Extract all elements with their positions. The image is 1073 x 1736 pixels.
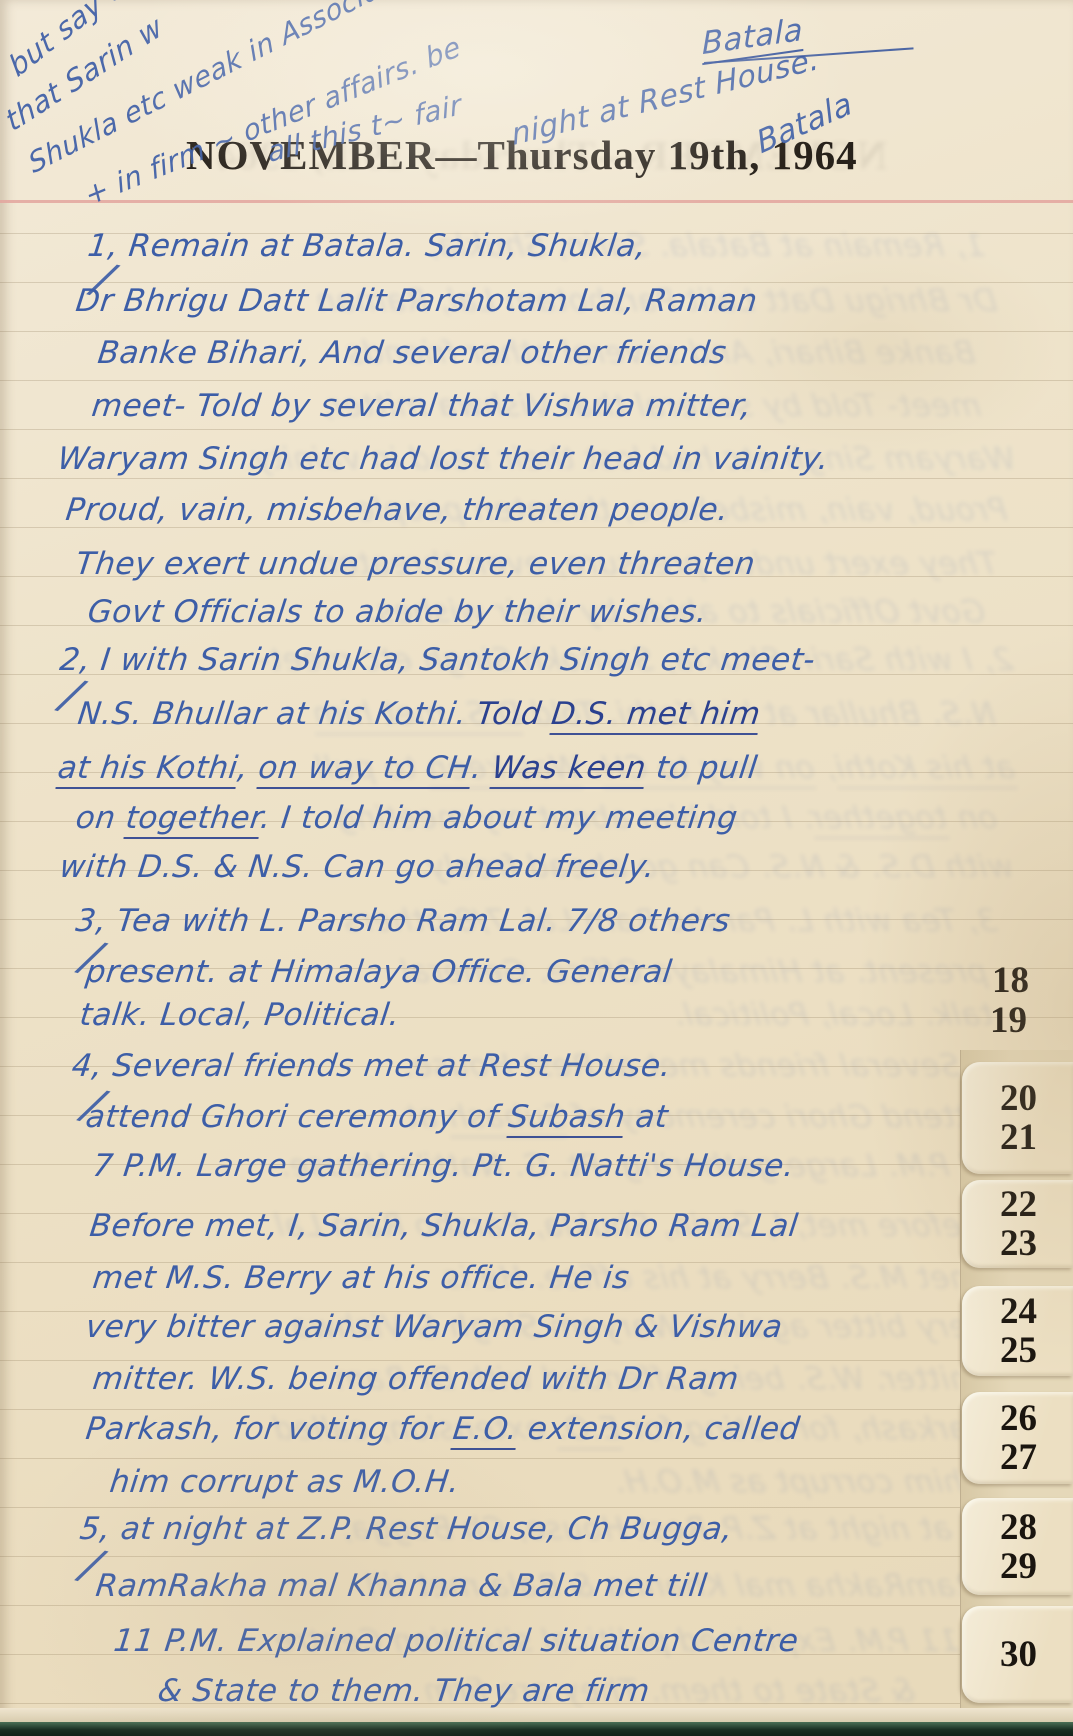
diary-page: NOVEMBER—Thursday 19th, 1964 1, Remain a… — [0, 0, 1073, 1736]
entry-line: at his Kothi, on way to CH. Was keen to … — [56, 750, 760, 786]
entry-line: Proud, vain, misbehave, threaten people. — [64, 492, 731, 528]
entry-line: Govt Officials to abide by their wishes. — [86, 594, 710, 630]
entry-line: Parkash, for voting for E.O. extension, … — [84, 1411, 802, 1447]
ghost-line: talk. Local, Political. — [671, 997, 995, 1033]
page-edge-tab: 2627 — [962, 1392, 1073, 1484]
entry-line: 3, Tea with L. Parsho Ram Lal. 7/8 other… — [74, 903, 733, 939]
entry-line: 5, at night at Z.P. Rest House, Ch Bugga… — [78, 1511, 735, 1547]
entry-line: 2, I with Sarin Shukla, Santokh Singh et… — [58, 642, 818, 678]
entry-line: meet- Told by several that Vishwa mitter… — [90, 388, 754, 424]
book-cover-band — [0, 1722, 1073, 1736]
ghost-line: him corrupt as M.O.H. — [611, 1464, 965, 1500]
entry-line: 4, Several friends met at Rest House. — [70, 1048, 673, 1084]
entry-line: & State to them. They are firm — [156, 1673, 652, 1709]
page-edge-tab: 2425 — [962, 1286, 1073, 1376]
entry-line: Dr Bhrigu Datt Lalit Parshotam Lal, Rama… — [74, 283, 760, 319]
entry-line: 7 P.M. Large gathering. Pt. G. Natti's H… — [91, 1148, 797, 1184]
date-tab-number: 27 — [1000, 1439, 1073, 1476]
entry-line: met M.S. Berry at his office. He is — [91, 1260, 632, 1296]
header-rule-line — [0, 200, 1073, 203]
entry-line: RamRakha mal Khanna & Bala met till — [94, 1568, 709, 1604]
entry-line: him corrupt as M.O.H. — [108, 1464, 462, 1500]
date-tab-number: 25 — [1000, 1332, 1073, 1369]
date-tab-number: 19 — [990, 1002, 1027, 1039]
entry-line: attend Ghori ceremony of Subash at — [84, 1099, 670, 1135]
entry-line: Waryam Singh etc had lost their head in … — [56, 441, 831, 477]
date-tab-number: 21 — [1000, 1119, 1073, 1156]
date-tab-number: 28 — [1000, 1509, 1073, 1546]
entry-line: 1, Remain at Batala. Sarin, Shukla, — [86, 228, 649, 264]
page-edge-tab: 2223 — [962, 1180, 1073, 1268]
date-tab-number: 26 — [1000, 1400, 1073, 1437]
date-tab-number: 18 — [992, 962, 1029, 999]
date-tab-number: 20 — [1000, 1080, 1073, 1117]
entry-line: N.S. Bhullar at his Kothi. Told D.S. met… — [76, 696, 763, 732]
page-edge-tab: 30 — [962, 1606, 1073, 1703]
entry-line: with D.S. & N.S. Can go ahead freely. — [58, 849, 657, 885]
entry-line: They exert undue pressure, even threaten — [74, 546, 758, 582]
date-tab-number: 23 — [1000, 1225, 1073, 1262]
entry-line: Before met, I, Sarin, Shukla, Parsho Ram… — [88, 1208, 800, 1244]
page-edge-tab: 2829 — [962, 1498, 1073, 1595]
entry-line: on together. I told him about my meeting — [74, 800, 740, 836]
entry-line: very bitter against Waryam Singh & Vishw… — [84, 1309, 785, 1345]
page-edge-tab: 2021 — [962, 1062, 1073, 1174]
date-tab-number: 24 — [1000, 1293, 1073, 1330]
date-tab-number: 30 — [1000, 1636, 1073, 1673]
entry-line: mitter. W.S. being offended with Dr Ram — [91, 1361, 741, 1397]
entry-line: Banke Bihari, And several other friends — [96, 335, 729, 371]
page-bottom-edge — [0, 1708, 1073, 1722]
entry-line: talk. Local, Political. — [78, 997, 402, 1033]
date-tab-number: 22 — [1000, 1186, 1073, 1223]
date-tab-number: 29 — [1000, 1548, 1073, 1585]
entry-line: 11 P.M. Explained political situation Ce… — [112, 1623, 801, 1659]
entry-line: present. at Himalaya Office. General — [84, 954, 674, 990]
